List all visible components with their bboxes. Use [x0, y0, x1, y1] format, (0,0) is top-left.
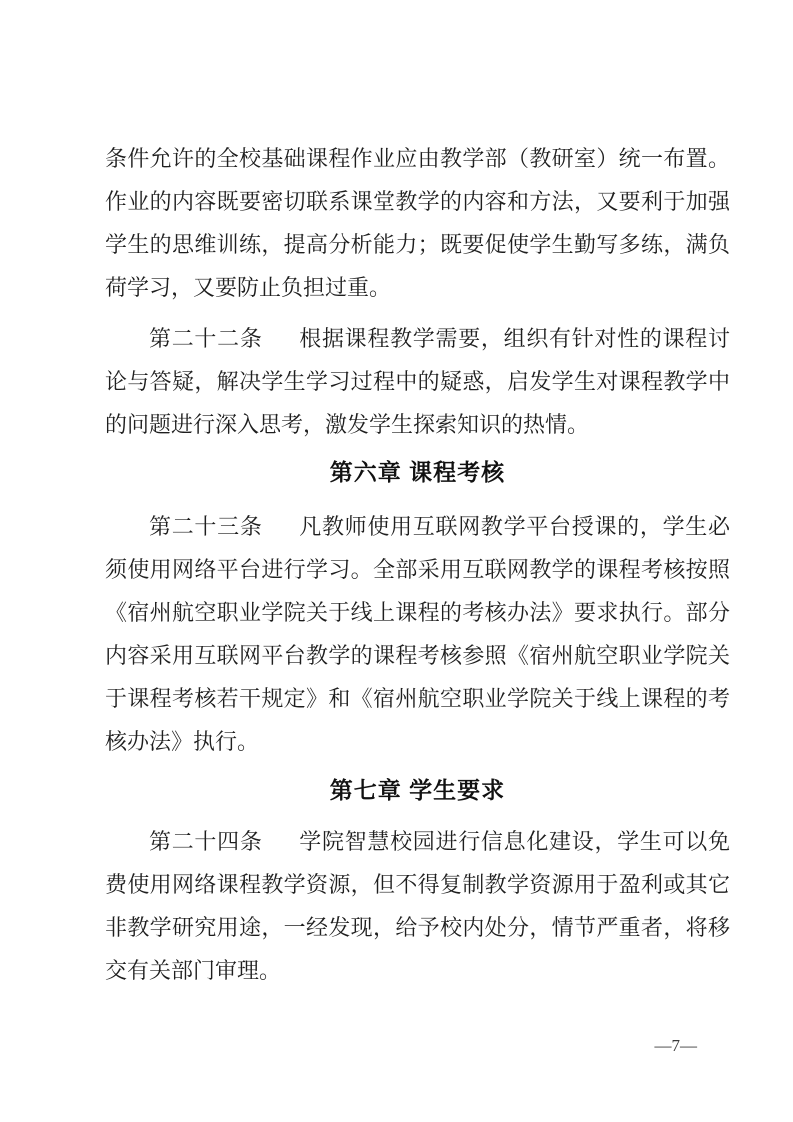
- document-page: 条件允许的全校基础课程作业应由教学部（教研室）统一布置。作业的内容既要密切联系课…: [0, 0, 793, 1122]
- article-22-number: 第二十二条: [149, 326, 263, 351]
- paragraph-continuation: 条件允许的全校基础课程作业应由教学部（教研室）统一布置。作业的内容既要密切联系课…: [105, 137, 730, 309]
- article-22-paragraph: 第二十二条根据课程教学需要，组织有针对性的课程讨论与答疑，解决学生学习过程中的疑…: [105, 317, 730, 446]
- article-24-paragraph: 第二十四条学院智慧校园进行信息化建设，学生可以免费使用网络课程教学资源，但不得复…: [105, 820, 730, 992]
- chapter-6-heading: 第六章 课程考核: [105, 450, 730, 494]
- page-body: 条件允许的全校基础课程作业应由教学部（教研室）统一布置。作业的内容既要密切联系课…: [105, 137, 730, 992]
- article-23-text: 凡教师使用互联网教学平台授课的，学生必须使用网络平台进行学习。全部采用互联网教学…: [105, 514, 730, 754]
- article-24-number: 第二十四条: [149, 829, 263, 854]
- page-number: —7—: [0, 1036, 697, 1056]
- article-23-number: 第二十三条: [149, 514, 263, 539]
- chapter-7-heading: 第七章 学生要求: [105, 768, 730, 812]
- article-23-paragraph: 第二十三条凡教师使用互联网教学平台授课的，学生必须使用网络平台进行学习。全部采用…: [105, 505, 730, 763]
